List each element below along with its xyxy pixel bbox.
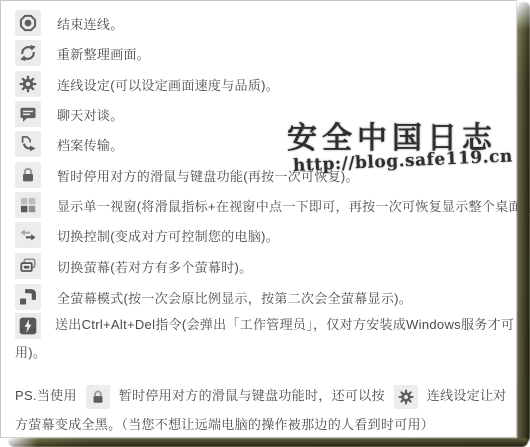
toolbar-item-row: 全萤幕模式(按一次会原比例显示，按第二次会全萤幕显示)。 <box>15 284 412 310</box>
lock-keyboard-icon <box>15 162 41 188</box>
row-label: 显示单一视窗(将滑鼠指标+在视窗中点一下即可，再按一次可恢复显示整个桌面)。 <box>57 196 530 215</box>
stop-connection-icon <box>15 10 41 36</box>
switch-control-icon <box>15 222 41 248</box>
row-label-line2: 用)。 <box>15 345 46 360</box>
row-label: 全萤幕模式(按一次会原比例显示，按第二次会全萤幕显示)。 <box>57 288 412 307</box>
gear-icon <box>394 385 418 409</box>
ps-note: PS.当使用 暂时停用对方的滑鼠与键盘功能时，还可以按 连线设定 <box>15 381 515 439</box>
watermark-title: 安全中国日志 <box>287 113 497 157</box>
row-label: 结束连线。 <box>57 14 124 33</box>
toolbar-item-row: 重新整理画面。 <box>15 40 150 66</box>
row-label: 暂时停用对方的滑鼠与键盘功能(再按一次可恢复)。 <box>57 166 359 185</box>
content-sheet: 结束连线。 重新整理画面。 <box>0 0 517 438</box>
switch-screen-icon <box>15 253 41 279</box>
toolbar-item-row: 送出Ctrl+Alt+Del指令(会弹出「工作管理员」，仅对方安装成Window… <box>15 311 515 367</box>
row-label: 聊天对谈。 <box>57 105 124 124</box>
page-shadow-right <box>517 2 530 445</box>
fullscreen-icon <box>15 284 41 310</box>
row-label-line1: 送出Ctrl+Alt+Del指令(会弹出「工作管理员」，仅对方安装成Window… <box>55 317 514 332</box>
toolbar-item-row: 连线设定(可以设定画面速度与品质)。 <box>15 71 279 97</box>
toolbar-item-row: 暂时停用对方的滑鼠与键盘功能(再按一次可恢复)。 <box>15 162 359 188</box>
toolbar-item-row: 显示单一视窗(将滑鼠指标+在视窗中点一下即可，再按一次可恢复显示整个桌面)。 <box>15 192 530 218</box>
toolbar-item-row: 聊天对谈。 <box>15 101 124 127</box>
chat-icon <box>15 101 41 127</box>
ps-text-part1: PS.当使用 <box>15 388 77 403</box>
row-label: 切换控制(变成对方可控制您的电脑)。 <box>57 226 279 245</box>
page-shadow-bottom <box>8 438 528 447</box>
tutorial-page: 结束连线。 重新整理画面。 <box>0 0 530 447</box>
row-label: 档案传输。 <box>57 135 124 154</box>
row-label: 重新整理画面。 <box>57 44 150 63</box>
toolbar-item-row: 切换萤幕(若对方有多个萤幕时)。 <box>15 253 252 279</box>
ctrl-alt-del-icon <box>15 313 41 339</box>
toolbar-item-row: 结束连线。 <box>15 10 124 36</box>
settings-gear-icon <box>15 71 41 97</box>
toolbar-item-row: 切换控制(变成对方可控制您的电脑)。 <box>15 222 279 248</box>
row-label: 切换萤幕(若对方有多个萤幕时)。 <box>57 257 252 276</box>
lock-icon <box>86 385 110 409</box>
refresh-icon <box>15 40 41 66</box>
row-label: 连线设定(可以设定画面速度与品质)。 <box>57 75 279 94</box>
toolbar-item-row: 档案传输。 <box>15 131 124 157</box>
file-transfer-icon <box>15 131 41 157</box>
ps-text-part2: 暂时停用对方的滑鼠与键盘功能时，还可以按 <box>119 388 385 403</box>
single-window-icon <box>15 192 41 218</box>
